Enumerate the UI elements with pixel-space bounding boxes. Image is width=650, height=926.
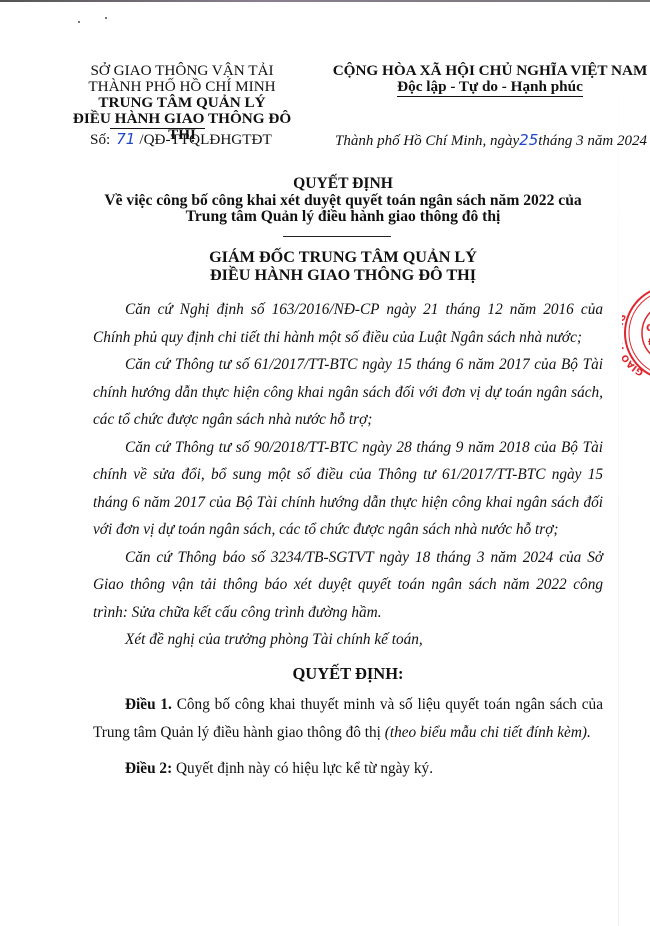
seal-text: GIAO THÔNG <box>622 313 645 377</box>
authority-line1: GIÁM ĐỐC TRUNG TÂM QUẢN LÝ <box>70 248 616 266</box>
date-prefix: Thành phố Hồ Chí Minh, ngày <box>335 133 519 149</box>
place-and-date: Thành phố Hồ Chí Minh, ngày25tháng 3 năm… <box>335 131 647 150</box>
article-1: Điều 1. Công bố công khai thuyết minh và… <box>93 691 603 746</box>
decision-heading: QUYẾT ĐỊNH: <box>93 660 603 688</box>
authority-line2: ĐIỀU HÀNH GIAO THÔNG ĐÔ THỊ <box>70 266 616 284</box>
scan-top-edge <box>0 0 650 2</box>
document-subject-line2: Trung tâm Quản lý điều hành giao thông đ… <box>70 209 616 226</box>
agency-underline <box>110 128 205 129</box>
handwritten-number: 71 <box>116 130 135 148</box>
national-motto: Độc lập - Tự do - Hạnh phúc <box>397 79 583 97</box>
preamble-paragraph: Căn cứ Thông báo số 3234/TB-SGTVT ngày 1… <box>93 544 603 627</box>
document-number: Số:71/QĐ-TTQLĐHGTĐT <box>90 130 272 149</box>
preamble-paragraph: Căn cứ Nghị định số 163/2016/NĐ-CP ngày … <box>93 296 603 351</box>
article-label: Điều 1. <box>125 696 172 713</box>
country-name: CỘNG HÒA XÃ HỘI CHỦ NGHĨA VIỆT NAM <box>330 63 650 79</box>
official-seal-icon: GIAO THÔNG Q Đ <box>622 283 650 383</box>
scan-speck <box>78 21 80 23</box>
article-text: Quyết định này có hiệu lực kể từ ngày ký… <box>172 760 433 777</box>
number-suffix: /QĐ-TTQLĐHGTĐT <box>139 131 271 148</box>
scan-speck <box>105 17 107 19</box>
agency-name-line1: TRUNG TÂM QUẢN LÝ <box>58 95 306 111</box>
document-subject-line1: Về việc công bố công khai xét duyệt quyế… <box>70 193 616 210</box>
document-title-block: QUYẾT ĐỊNH Về việc công bố công khai xét… <box>70 176 616 226</box>
article-note: (theo biểu mẫu chi tiết đính kèm). <box>385 724 591 741</box>
title-separator <box>283 236 391 237</box>
date-suffix: tháng 3 năm 2024 <box>538 133 647 149</box>
agency-parent-line2: THÀNH PHỐ HỒ CHÍ MINH <box>58 79 306 95</box>
document-title: QUYẾT ĐỊNH <box>70 176 616 193</box>
preamble-paragraph: Căn cứ Thông tư số 61/2017/TT-BTC ngày 1… <box>93 351 603 434</box>
article-label: Điều 2: <box>125 760 172 777</box>
preamble-paragraph: Xét đề nghị của trưởng phòng Tài chính k… <box>93 626 603 654</box>
agency-parent-line1: SỞ GIAO THÔNG VẬN TẢI <box>58 63 306 79</box>
article-2: Điều 2: Quyết định này có hiệu lực kể từ… <box>93 755 603 783</box>
handwritten-day: 25 <box>519 131 538 149</box>
svg-text:GIAO THÔNG: GIAO THÔNG <box>622 313 645 377</box>
number-prefix: Số: <box>90 131 110 148</box>
issuing-authority: GIÁM ĐỐC TRUNG TÂM QUẢN LÝ ĐIỀU HÀNH GIA… <box>70 248 616 284</box>
document-body: Căn cứ Nghị định số 163/2016/NĐ-CP ngày … <box>93 296 603 783</box>
national-header: CỘNG HÒA XÃ HỘI CHỦ NGHĨA VIỆT NAM Độc l… <box>330 63 650 97</box>
preamble-paragraph: Căn cứ Thông tư số 90/2018/TT-BTC ngày 2… <box>93 434 603 544</box>
svg-text:Q: Q <box>646 323 650 334</box>
